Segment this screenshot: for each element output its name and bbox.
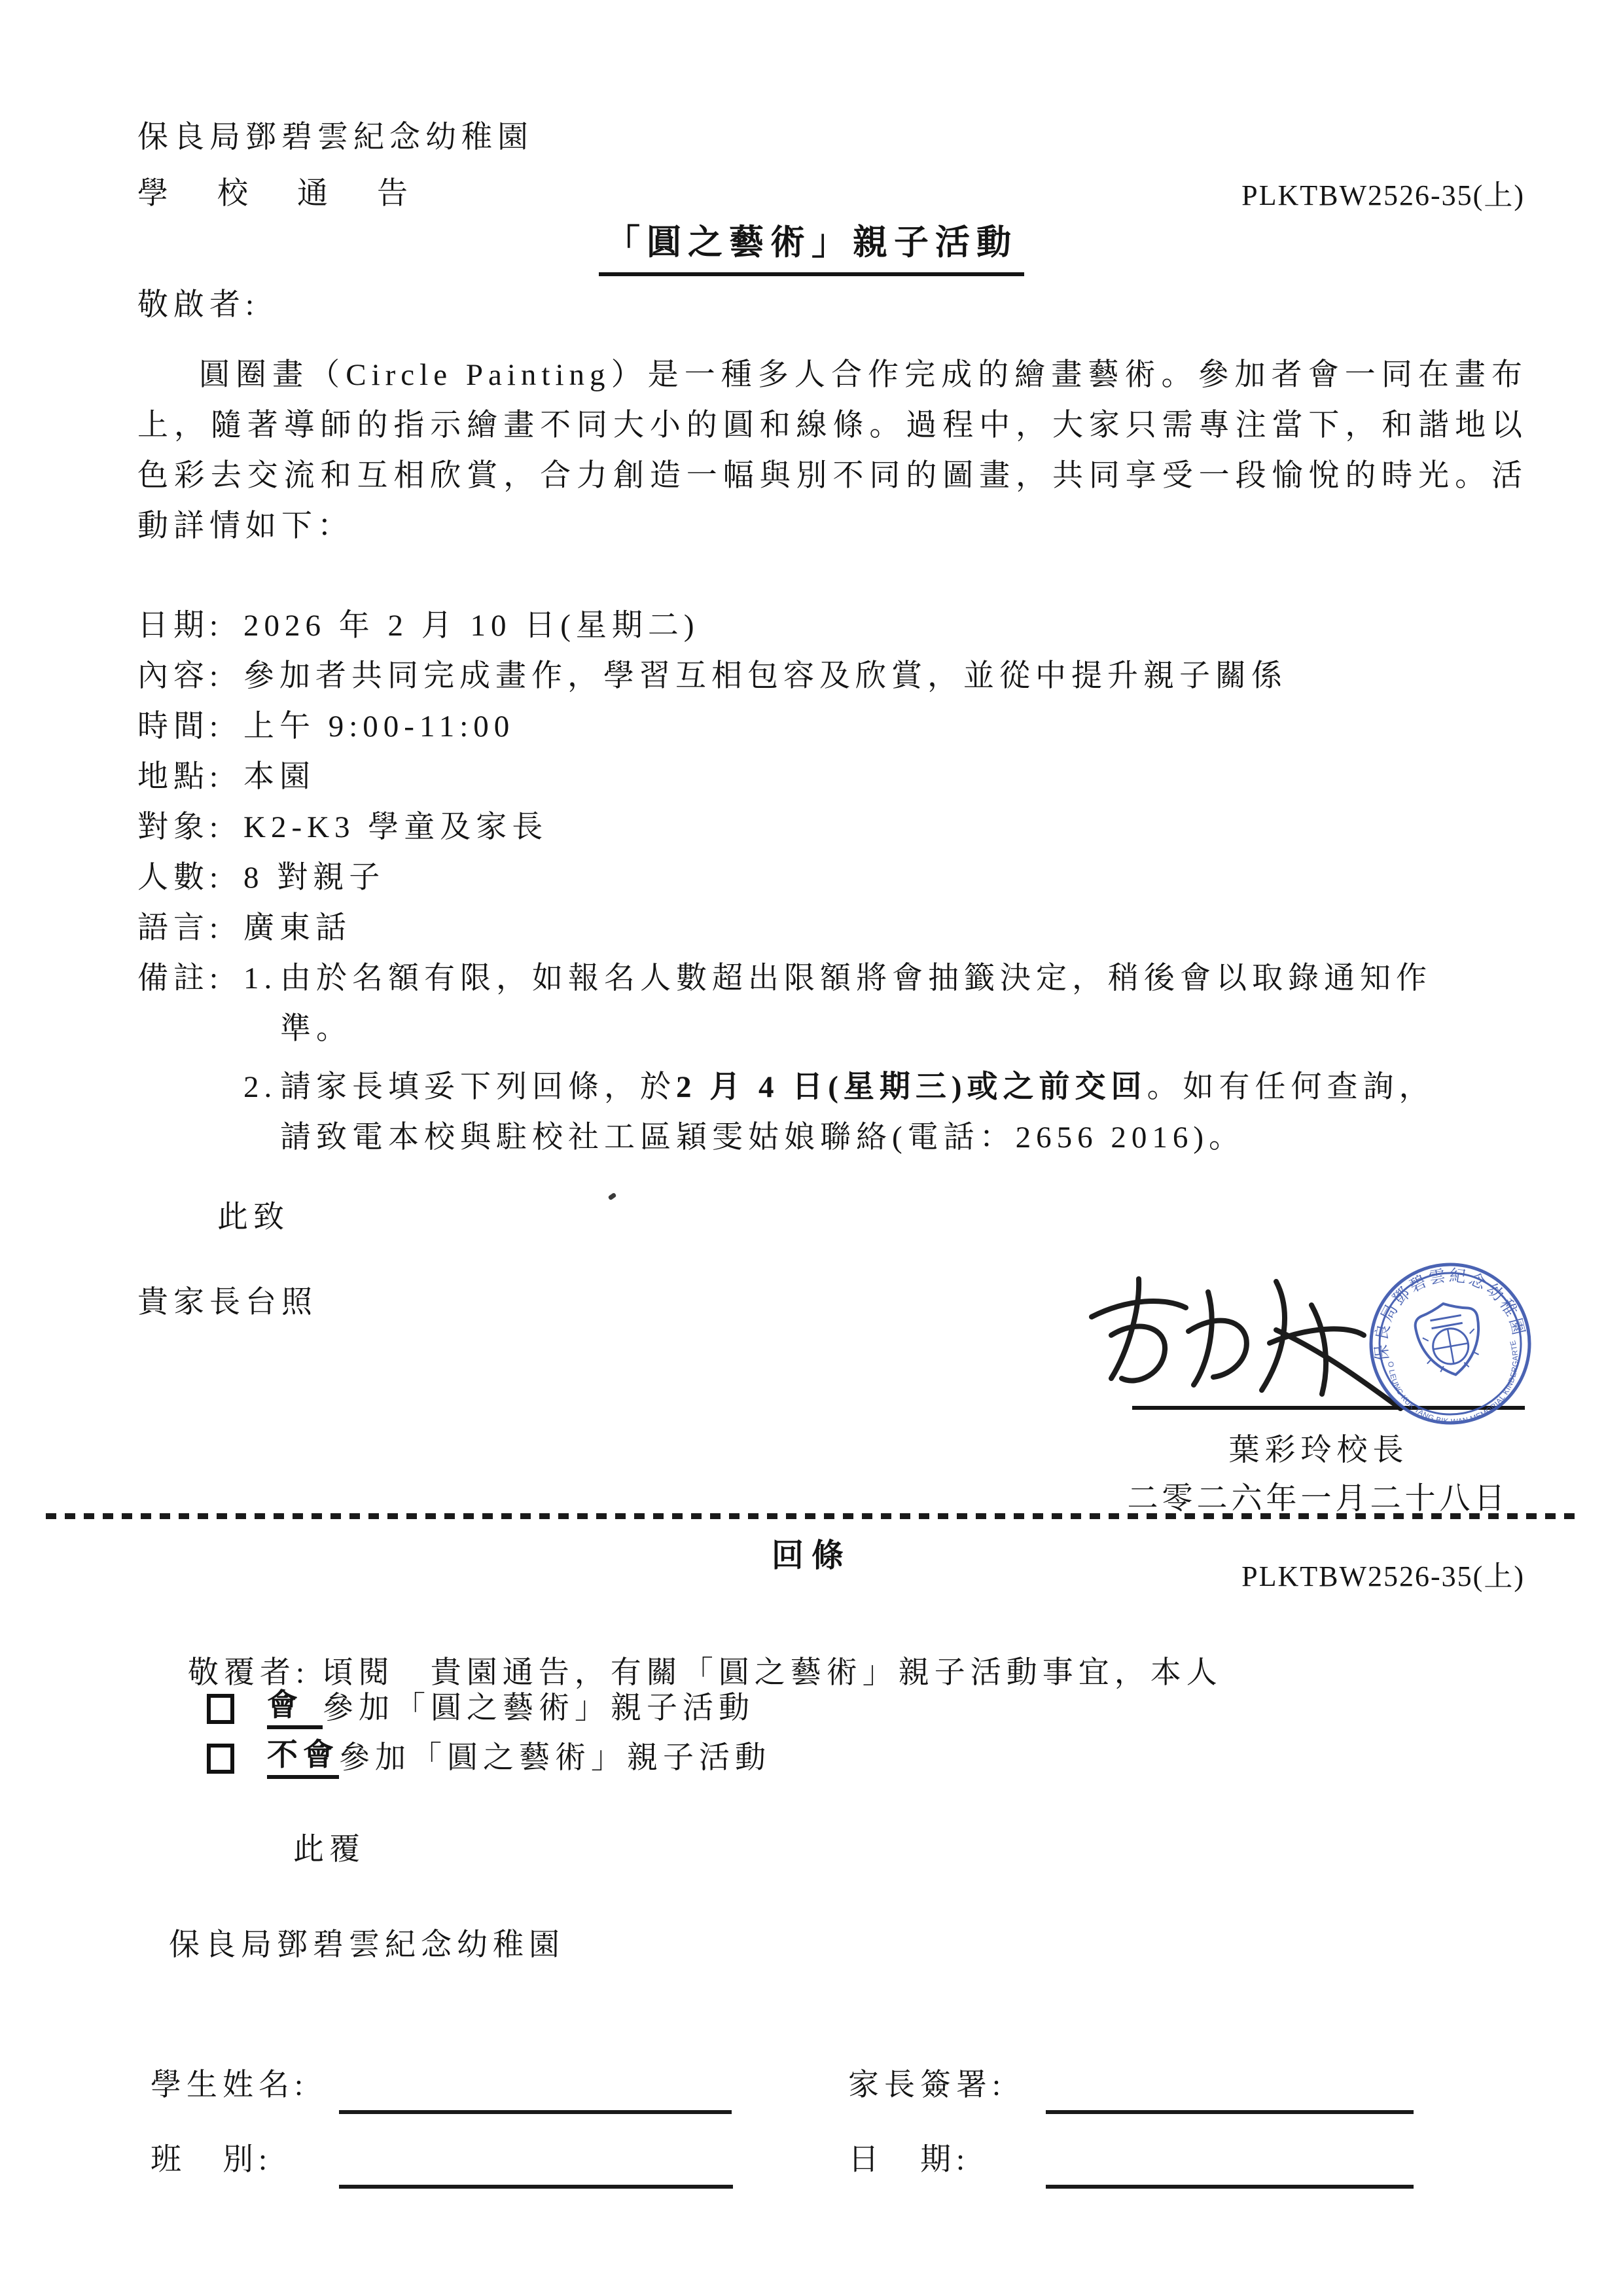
reply-slip-title: 回條 — [772, 1537, 851, 1573]
detail-row-quota: 人數: 8 對親子 — [137, 853, 1530, 903]
tear-off-divider — [46, 1513, 1577, 1519]
closing-send-word: 此致 — [217, 1193, 289, 1243]
detail-value: 上午 9:00-11:00 — [243, 702, 1530, 752]
detail-row-venue: 地點: 本園 — [137, 752, 1530, 802]
detail-label: 日期: — [137, 601, 243, 651]
remarks-list: 1. 由於名額有限，如報名人數超出限額將會抽籤決定，稍後會以取錄通知作準。 2.… — [243, 954, 1530, 1163]
option-key-will-not: 不會 — [267, 1738, 339, 1778]
detail-label: 時間: — [137, 702, 243, 752]
not-attend-checkbox[interactable] — [207, 1744, 234, 1774]
student-name-blank[interactable] — [339, 2063, 732, 2114]
svg-text:保良局鄧碧雲紀念幼稚園: 保良局鄧碧雲紀念幼稚園 — [1366, 1260, 1528, 1363]
detail-label: 內容: — [137, 651, 243, 702]
detail-row-language: 語言: 廣東話 — [137, 903, 1530, 954]
principal-name: 葉彩玲校長 — [1113, 1426, 1525, 1476]
stamp-text-chinese: 保良局鄧碧雲紀念幼稚園 — [1366, 1260, 1528, 1363]
detail-value: 參加者共同完成畫作，學習互相包容及欣賞，並從中提升親子關係 — [243, 651, 1530, 702]
detail-value: 廣東話 — [243, 903, 1530, 954]
detail-row-target: 對象: K2-K3 學童及家長 — [137, 802, 1530, 853]
date-label: 日 期: — [848, 2135, 970, 2179]
reference-number: PLKTBW2526-35(上) — [1241, 171, 1525, 213]
scan-speck — [608, 1193, 617, 1201]
detail-label: 語言: — [137, 903, 243, 954]
remark-1-line-1: 由於名額有限，如報名人數超出限額將會抽籤決定，稍後會以取錄通知作 — [280, 961, 1432, 996]
remark-number: 1. — [243, 954, 280, 1004]
detail-label: 地點: — [137, 752, 243, 802]
remark-number: 2. — [243, 1062, 280, 1113]
detail-label: 對象: — [137, 802, 243, 853]
parent-signature-label: 家長簽署: — [848, 2060, 1006, 2104]
remark-text: 由於名額有限，如報名人數超出限額將會抽籤決定，稍後會以取錄通知作準。 — [280, 954, 1530, 1054]
reply-reference-number: PLKTBW2526-35(上) — [1241, 1552, 1525, 1594]
remark-2-deadline: 2 月 4 日(星期三)或之前交回 — [676, 1070, 1147, 1104]
reply-option-not-attend: 不會 參加「圓之藝術」親子活動 — [207, 1733, 771, 1784]
detail-value: K2-K3 學童及家長 — [243, 802, 1530, 853]
page-title: 「圓之藝術」親子活動 — [599, 215, 1024, 276]
detail-value: 2026 年 2 月 10 日(星期二) — [243, 601, 1530, 651]
school-notice-page: 保良局鄧碧雲紀念幼稚園 學 校 通 告 PLKTBW2526-35(上) 「圓之… — [0, 0, 1623, 2296]
salutation: 敬啟者: — [137, 280, 259, 331]
date-blank[interactable] — [1046, 2138, 1414, 2189]
detail-row-time: 時間: 上午 9:00-11:00 — [137, 702, 1530, 752]
notice-type-heading: 學 校 通 告 — [137, 169, 417, 213]
detail-value: 8 對親子 — [243, 853, 1530, 903]
option-text: 參加「圓之藝術」親子活動 — [339, 1733, 771, 1784]
detail-row-content: 內容: 參加者共同完成畫作，學習互相包容及欣賞，並從中提升親子關係 — [137, 651, 1530, 702]
school-stamp: 保良局鄧碧雲紀念幼稚園 PO LEUNG KUK TANG BIK WAN ME… — [1366, 1260, 1534, 1427]
closing-addressee: 貴家長台照 — [137, 1278, 317, 1328]
class-blank[interactable] — [339, 2138, 733, 2189]
remark-2-post: 。如有任何查詢， — [1147, 1070, 1435, 1104]
remark-item-2: 2. 請家長填妥下列回條，於2 月 4 日(星期三)或之前交回。如有任何查詢，請… — [243, 1062, 1530, 1163]
detail-row-date: 日期: 2026 年 2 月 10 日(星期二) — [137, 601, 1530, 651]
title-row: 「圓之藝術」親子活動 — [0, 215, 1623, 276]
remark-text: 請家長填妥下列回條，於2 月 4 日(星期三)或之前交回。如有任何查詢，請致電本… — [280, 1062, 1530, 1163]
student-name-label: 學生姓名: — [151, 2060, 308, 2104]
remark-2-pre: 請家長填妥下列回條，於 — [280, 1070, 676, 1104]
principal-signature — [1065, 1251, 1406, 1416]
parent-signature-blank[interactable] — [1046, 2063, 1414, 2114]
option-key-will: 會 — [267, 1688, 323, 1729]
remark-2-line-2: 請致電本校與駐校社工區穎雯姑娘聯絡(電話：2656 2016)。 — [280, 1121, 1245, 1155]
reply-option-attend: 會 參加「圓之藝術」親子活動 — [207, 1683, 755, 1734]
stamp-shield-emblem — [1412, 1299, 1487, 1380]
detail-label: 人數: — [137, 853, 243, 903]
attend-checkbox[interactable] — [207, 1694, 234, 1724]
remark-item-1: 1. 由於名額有限，如報名人數超出限額將會抽籤決定，稍後會以取錄通知作準。 — [243, 954, 1530, 1054]
intro-paragraph: 圓圈畫（Circle Painting）是一種多人合作完成的繪畫藝術。參加者會一… — [137, 350, 1527, 552]
reply-school-name: 保良局鄧碧雲紀念幼稚園 — [169, 1920, 565, 1971]
detail-value: 本園 — [243, 752, 1530, 802]
activity-details: 日期: 2026 年 2 月 10 日(星期二) 內容: 參加者共同完成畫作，學… — [137, 601, 1530, 1163]
school-name: 保良局鄧碧雲紀念幼稚園 — [137, 113, 533, 156]
reply-closing-word: 此覆 — [293, 1825, 365, 1875]
class-label: 班 別: — [151, 2135, 272, 2179]
detail-row-remarks: 備註: 1. 由於名額有限，如報名人數超出限額將會抽籤決定，稍後會以取錄通知作準… — [137, 954, 1530, 1163]
option-text: 參加「圓之藝術」親子活動 — [323, 1683, 755, 1734]
remark-1-line-2: 準。 — [280, 1012, 352, 1046]
detail-label: 備註: — [137, 954, 243, 1004]
